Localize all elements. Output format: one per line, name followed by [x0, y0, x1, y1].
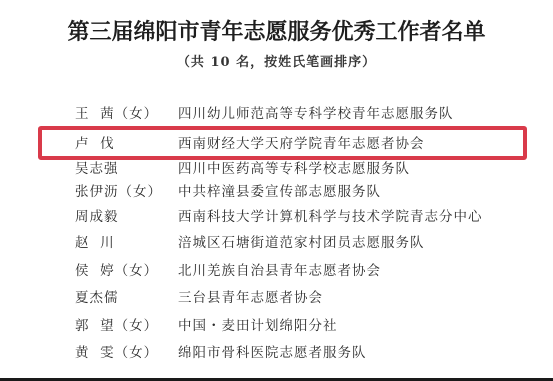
- document-subtitle: （共 10 名，按姓氏笔画排序）: [0, 51, 553, 70]
- list-item: 郭 望（女） 中国・麦田计划绵阳分社: [0, 314, 553, 334]
- list-item: 夏杰儒 三台县青年志愿者协会: [0, 286, 553, 306]
- list-item-highlighted: 卢 伐 西南财经大学天府学院青年志愿者协会: [0, 132, 553, 152]
- list-item: 周成毅 西南科技大学计算机科学与技术学院青志分中心: [0, 205, 553, 225]
- honoree-organization: 四川幼儿师范高等专科学校青年志愿服务队: [178, 102, 454, 122]
- honoree-organization: 中共梓潼县委宣传部志愿服务队: [178, 180, 381, 200]
- honoree-organization: 绵阳市骨科医院志愿者服务队: [178, 341, 367, 361]
- honoree-organization: 涪城区石塘街道范家村团员志愿服务队: [178, 231, 425, 251]
- list-item: 侯 婷（女） 北川羌族自治县青年志愿者协会: [0, 259, 553, 279]
- honoree-name: 吴志强: [75, 157, 119, 177]
- honoree-name: 赵 川: [75, 231, 115, 251]
- honoree-organization: 中国・麦田计划绵阳分社: [178, 314, 338, 334]
- document-title: 第三届绵阳市青年志愿服务优秀工作者名单: [0, 15, 553, 46]
- list-item: 王 茜（女） 四川幼儿师范高等专科学校青年志愿服务队: [0, 102, 553, 122]
- honoree-organization: 四川中医药高等专科学校志愿服务队: [178, 157, 410, 177]
- honoree-name: 卢 伐: [75, 132, 115, 152]
- honoree-name: 侯 婷（女）: [75, 259, 158, 279]
- list-item: 黄 雯（女） 绵阳市骨科医院志愿者服务队: [0, 341, 553, 361]
- list-item: 吴志强 四川中医药高等专科学校志愿服务队: [0, 157, 553, 177]
- honoree-organization: 三台县青年志愿者协会: [178, 286, 323, 306]
- honoree-name: 王 茜（女）: [75, 102, 158, 122]
- honoree-name: 黄 雯（女）: [75, 341, 158, 361]
- honoree-organization: 西南科技大学计算机科学与技术学院青志分中心: [178, 205, 483, 225]
- honoree-name: 周成毅: [75, 205, 119, 225]
- honoree-organization: 北川羌族自治县青年志愿者协会: [178, 259, 381, 279]
- list-item: 张伊沥（女） 中共梓潼县委宣传部志愿服务队: [0, 180, 553, 200]
- honoree-organization: 西南财经大学天府学院青年志愿者协会: [178, 132, 425, 152]
- list-item: 赵 川 涪城区石塘街道范家村团员志愿服务队: [0, 231, 553, 251]
- honoree-name: 张伊沥（女）: [75, 180, 162, 200]
- honoree-name: 夏杰儒: [75, 286, 119, 306]
- honoree-name: 郭 望（女）: [75, 314, 158, 334]
